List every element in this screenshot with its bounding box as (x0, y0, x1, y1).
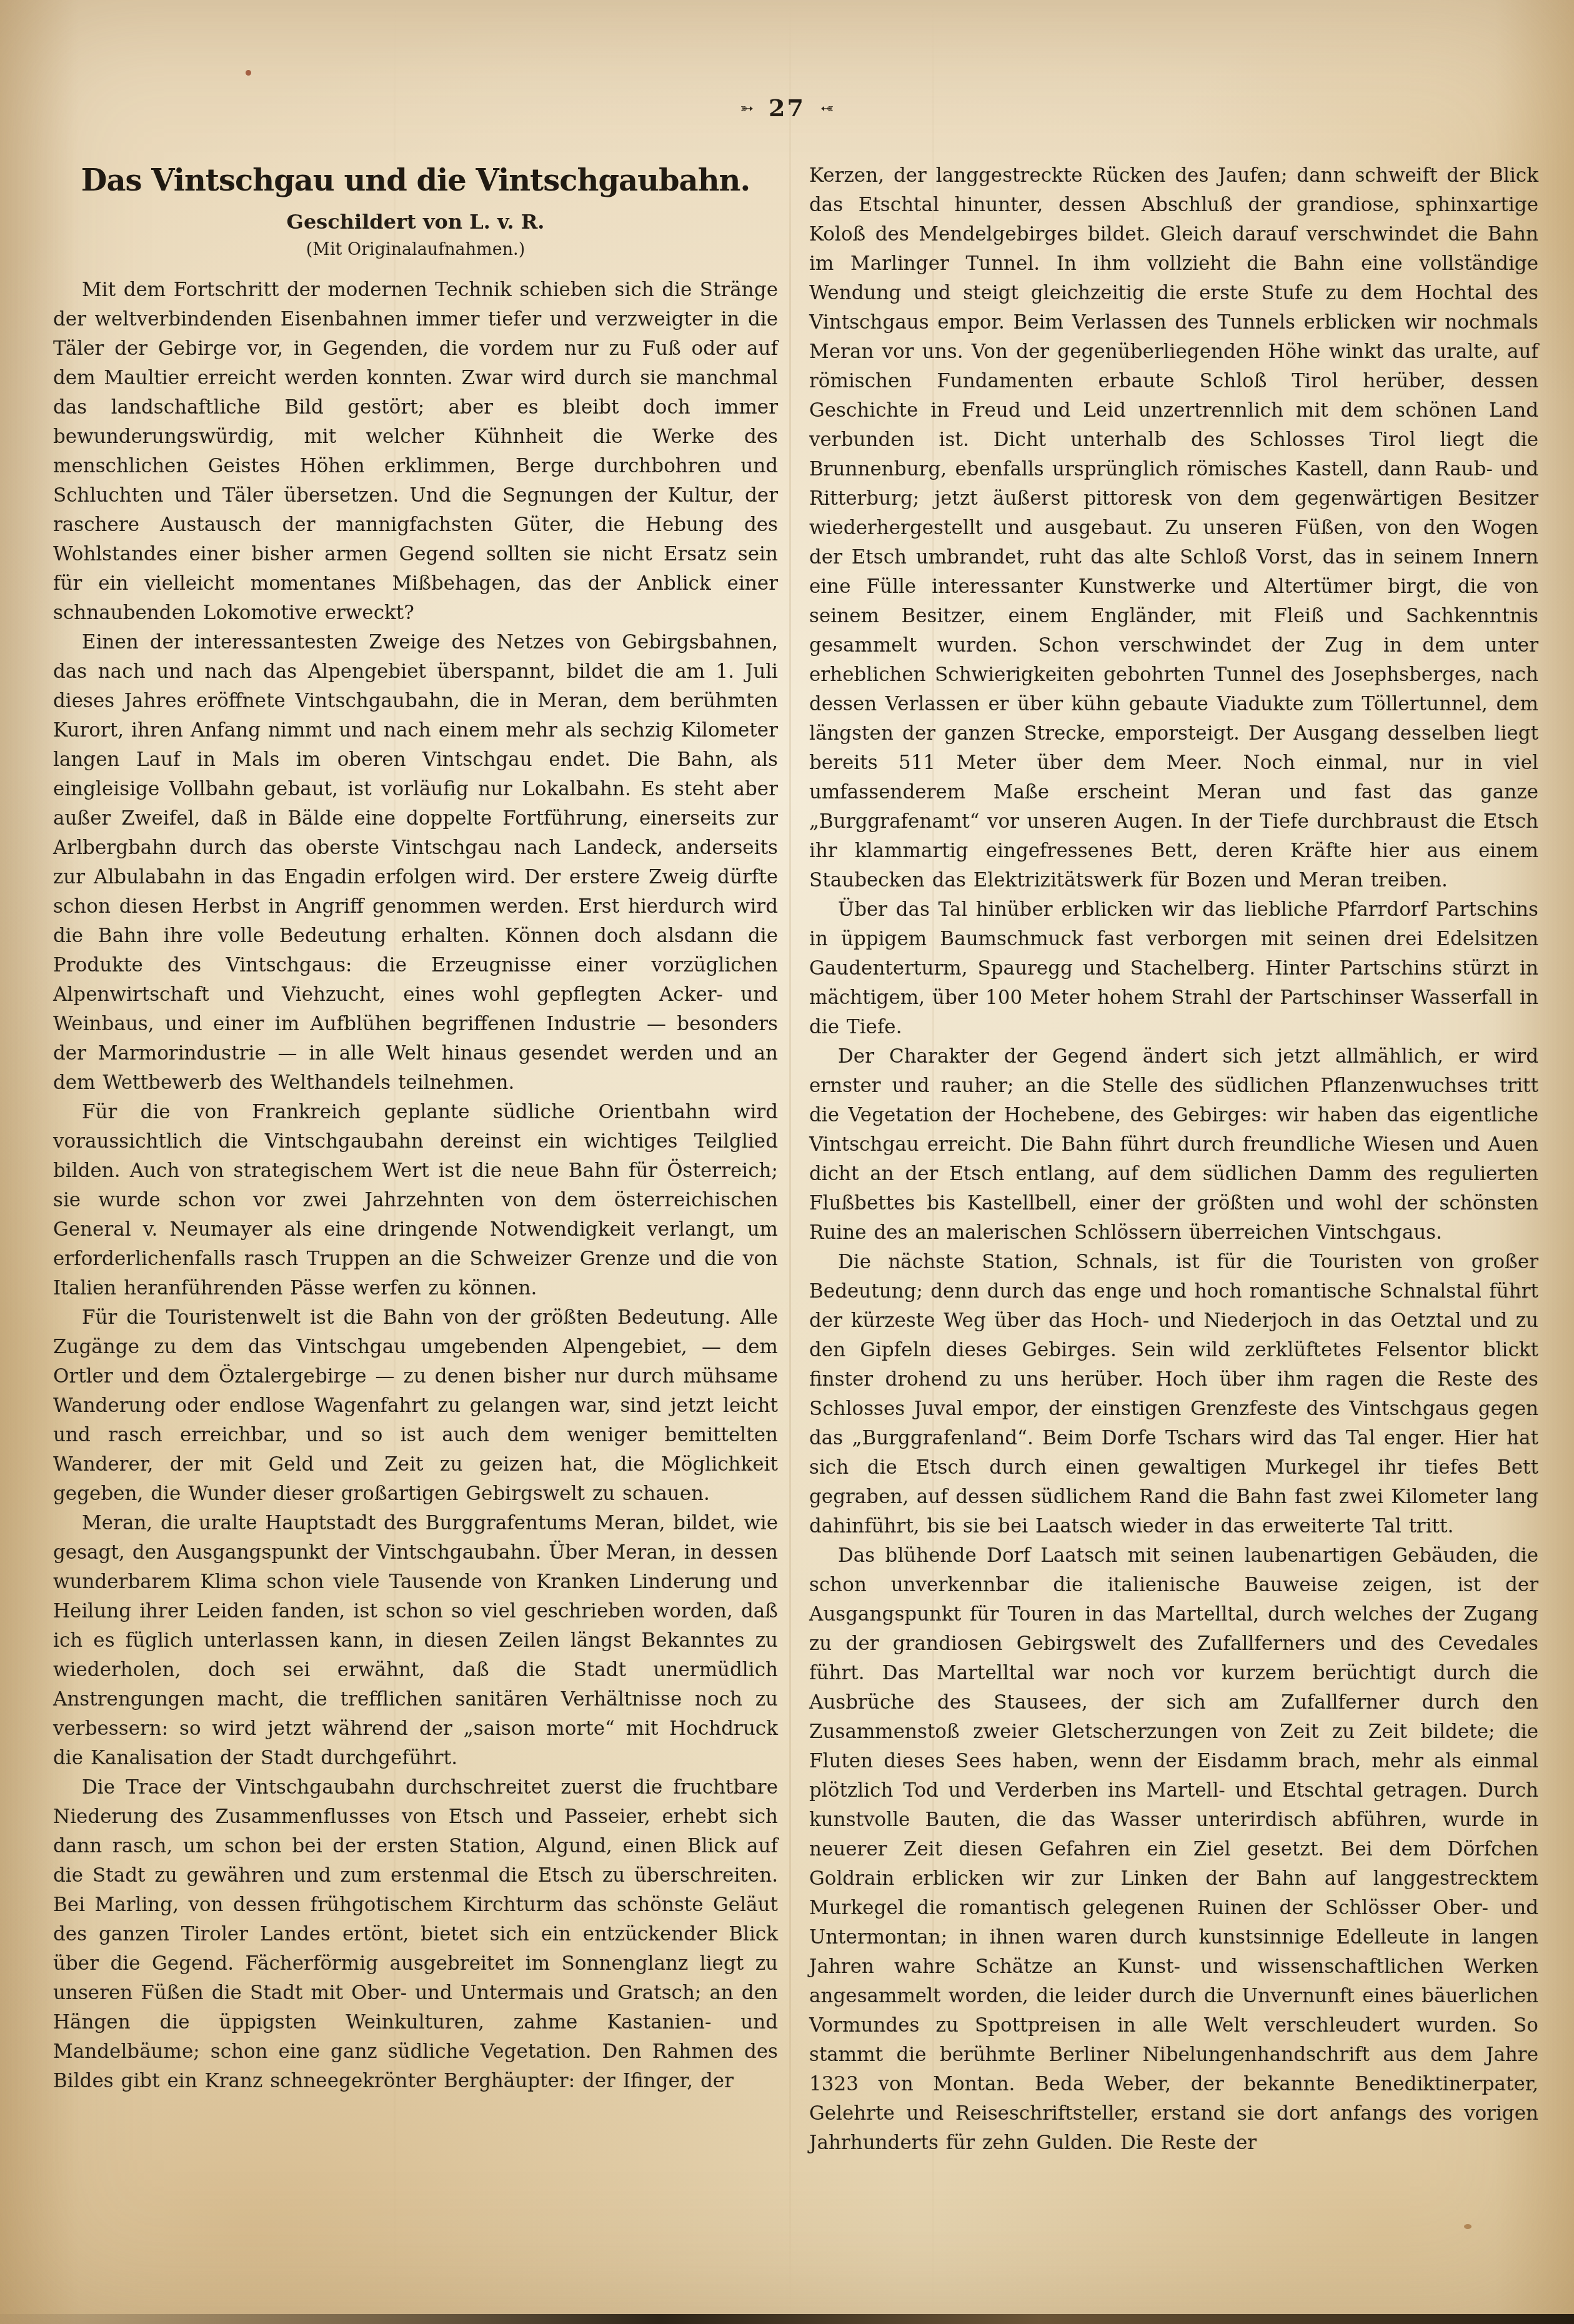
paragraph: Die Trace der Vintschgaubahn durchschrei… (53, 1773, 778, 2096)
paragraph: Der Charakter der Gegend ändert sich jet… (809, 1042, 1538, 1248)
paragraph: Das blühende Dorf Laatsch mit seinen lau… (809, 1541, 1538, 2158)
article-credit: (Mit Originalaufnahmen.) (53, 240, 778, 259)
paragraph: Die nächste Station, Schnals, ist für di… (809, 1248, 1538, 1541)
article-byline: Geschildert von L. v. R. (53, 210, 778, 234)
header-ornament-left: ➳ (740, 99, 754, 118)
left-column: Das Vintschgau und die Vintschgaubahn. G… (53, 161, 778, 2096)
paragraph-continuation: Kerzen, der langgestreckte Rücken des Ja… (809, 161, 1538, 895)
paper-stain-speck (246, 70, 251, 76)
paragraph: Über das Tal hinüber erblicken wir das l… (809, 895, 1538, 1042)
page-header: ➳27➳ (0, 94, 1574, 122)
paper-stain-speck (1464, 2224, 1472, 2229)
paragraph: Mit dem Fortschritt der modernen Technik… (53, 276, 778, 628)
article-columns: Das Vintschgau und die Vintschgaubahn. G… (53, 161, 1538, 2158)
paragraph: Meran, die uralte Hauptstadt des Burggra… (53, 1509, 778, 1773)
paragraph: Für die Touristenwelt ist die Bahn von d… (53, 1303, 778, 1509)
article-title: Das Vintschgau und die Vintschgaubahn. (53, 161, 778, 200)
header-ornament-right: ➳ (820, 99, 834, 118)
right-column: Kerzen, der langgestreckte Rücken des Ja… (809, 161, 1538, 2158)
article-title-block: Das Vintschgau und die Vintschgaubahn. G… (53, 161, 778, 259)
scanned-page: ➳27➳ Das Vintschgau und die Vintschgauba… (0, 0, 1574, 2324)
paragraph: Einen der interessantesten Zweige des Ne… (53, 628, 778, 1098)
paragraph: Für die von Frankreich geplante südliche… (53, 1098, 778, 1303)
page-edge-shadow (0, 2314, 1574, 2324)
page-number: 27 (769, 94, 805, 122)
